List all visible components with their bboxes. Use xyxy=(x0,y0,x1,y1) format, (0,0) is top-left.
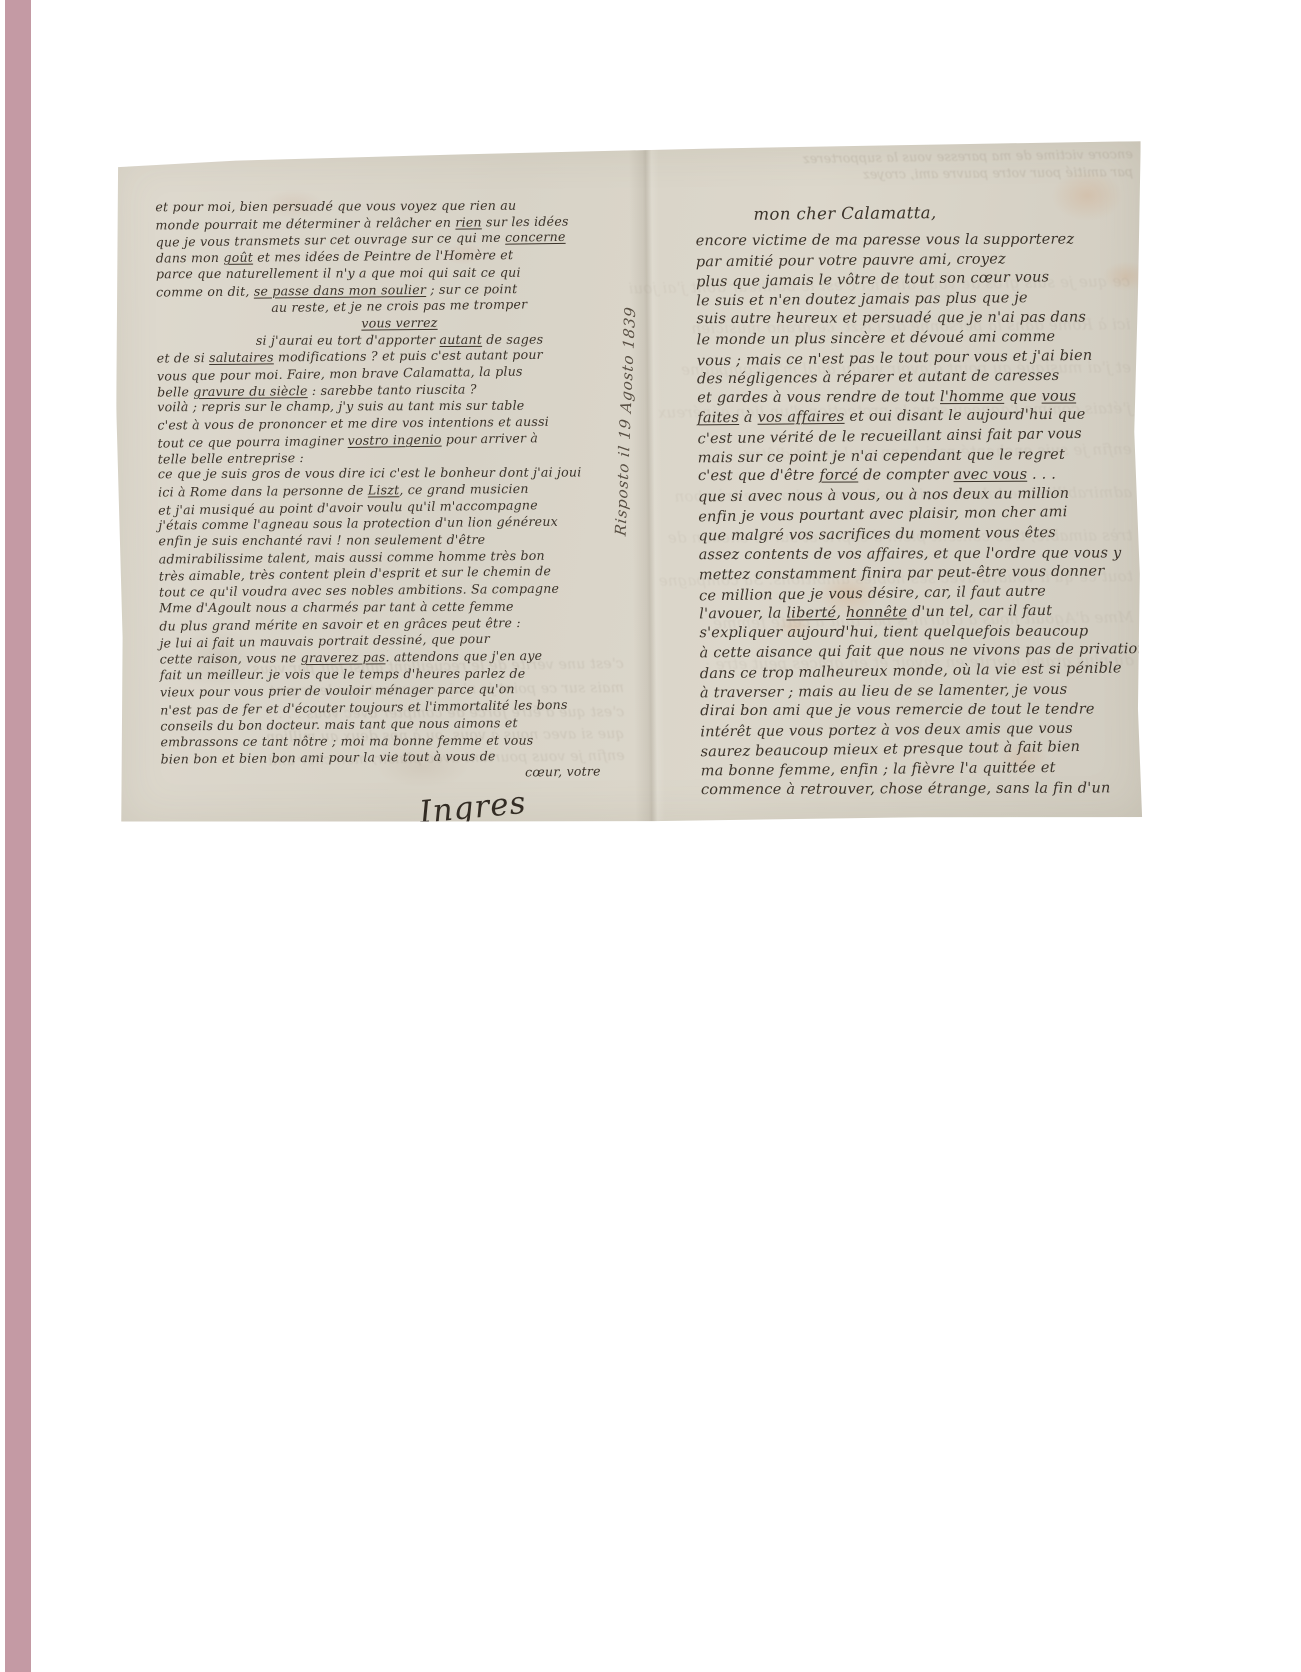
text: et pour moi, bien persuadé que vous voye… xyxy=(155,198,516,215)
text: que si avec nous à vous, ou à nos deux a… xyxy=(698,486,1069,506)
manuscript-letter-photo: encore victime de ma paresse vous la sup… xyxy=(113,141,1147,827)
text: bien bon et bien bon ami pour la vie tou… xyxy=(161,749,496,767)
text: : sarebbe tanto riuscita ? xyxy=(308,381,477,398)
letter-page-right: mon cher Calamatta, encore victime de ma… xyxy=(695,201,1147,801)
underlined-text: l'homme xyxy=(940,389,1004,405)
text: vieux pour vous prier de vouloir ménager… xyxy=(160,682,515,700)
text: ce million que je vous désire, car, il f… xyxy=(699,583,1046,604)
text: c'est une vérité de le recueillant ainsi… xyxy=(697,426,1082,447)
catalog-page: { "colors": { "background": "#ffffff", "… xyxy=(0,0,1301,1672)
manuscript-line: dirai bon ami que je vous remercie de to… xyxy=(700,700,1146,722)
manuscript-line: et gardes à vous rendre de tout l'homme … xyxy=(697,387,1143,409)
text: assez contents de vos affaires, et que l… xyxy=(699,545,1122,563)
text: Mme d'Agoult nous a charmés par tant à c… xyxy=(159,599,514,616)
text: l'avouer, la xyxy=(699,606,786,623)
manuscript-line: encore victime de ma paresse vous la sup… xyxy=(696,230,1142,252)
text: à traverser ; mais au lieu de se lamente… xyxy=(700,681,1067,701)
text: que xyxy=(1004,388,1041,404)
text: à xyxy=(739,410,758,426)
text: telle belle entreprise : xyxy=(158,450,304,466)
text: intérêt que vous portez à vos deux amis … xyxy=(700,721,1073,741)
text: modifications ? et puis c'est autant pou… xyxy=(274,347,543,365)
text: si j'aurai eu tort d'apporter xyxy=(256,332,440,348)
text: mais sur ce point je n'ai cependant que … xyxy=(698,446,1065,466)
manuscript-line: ce que je suis gros de vous dire ici c'e… xyxy=(158,464,644,483)
text: dans ce trop malheureux monde, où la vie… xyxy=(700,660,1122,682)
letter-page-left-text: et pour moi, bien persuadé que vous voye… xyxy=(155,196,647,785)
underlined-text: gravure du siècle xyxy=(193,383,307,399)
underlined-text: concerne xyxy=(505,229,566,245)
manuscript-line: embrassons ce tant nôtre ; moi ma bonne … xyxy=(160,732,646,751)
text: de compter xyxy=(858,467,953,483)
text: encore victime de ma paresse vous la sup… xyxy=(696,232,1075,250)
text: parce que naturellement il n'y a que moi… xyxy=(156,264,521,281)
text: que je vous transmets sur cet ouvrage su… xyxy=(156,230,506,250)
manuscript-line: suis autre heureux et persuadé que je n'… xyxy=(696,309,1142,331)
underlined-text: goût xyxy=(223,250,253,265)
text: cette raison, vous ne xyxy=(160,650,301,666)
text: ma bonne femme, enfin ; la fièvre l'a qu… xyxy=(701,760,1056,779)
text: et gardes à vous rendre de tout xyxy=(697,389,940,406)
text: c'est que d'être xyxy=(698,468,820,485)
left-accent-stripe xyxy=(5,0,31,1672)
text: fait un meilleur. je vois que le temps d… xyxy=(160,665,526,682)
text: suis autre heureux et persuadé que je n'… xyxy=(696,310,1086,328)
text: pour arriver à xyxy=(441,430,538,446)
text: et oui disant le aujourd'hui que xyxy=(844,407,1085,425)
underlined-text: se passe dans mon soulier xyxy=(254,281,426,298)
manuscript-line: voilà ; repris sur le champ, j'y suis au… xyxy=(157,398,643,417)
manuscript-line: si j'aurai eu tort d'apporter autant de … xyxy=(157,331,643,350)
letter-page-left: et pour moi, bien persuadé que vous voye… xyxy=(155,196,647,823)
underlined-text: vous verrez xyxy=(361,315,437,331)
text: cœur, votre xyxy=(525,763,601,779)
text: c'est à vous de prononcer et me dire vos… xyxy=(157,414,549,433)
text: et de si xyxy=(157,350,209,366)
text: vous ; mais ce n'est pas le tout pour vo… xyxy=(697,347,1093,369)
text: par amitié pour votre pauvre ami, croyez xyxy=(696,251,1006,270)
letter-page-right-text: encore victime de ma paresse vous la sup… xyxy=(696,229,1147,801)
text: ; sur ce point xyxy=(426,281,517,297)
text: s'expliquer aujourd'hui, tient quelquefo… xyxy=(699,623,1088,641)
underlined-text: salutaires xyxy=(209,350,274,366)
text: , xyxy=(836,605,846,621)
manuscript-line: s'expliquer aujourd'hui, tient quelquefo… xyxy=(699,622,1145,644)
text: le suis et n'en doutez jamais pas plus q… xyxy=(696,290,1028,309)
text: voilà ; repris sur le champ, j'y suis au… xyxy=(157,398,524,415)
text: , ce grand musicien xyxy=(399,481,528,497)
underlined-text: honnête xyxy=(846,605,907,622)
text: plus que jamais le vôtre de tout son cœu… xyxy=(696,270,1049,291)
text: que malgré vos sacrifices du moment vous… xyxy=(698,525,1055,544)
manuscript-line: fait un meilleur. je vois que le temps d… xyxy=(160,665,646,684)
text: ce que je suis gros de vous dire ici c'e… xyxy=(158,465,582,482)
text: monde pourrait me déterminer à relâcher … xyxy=(155,214,455,232)
text: saurez beaucoup mieux et presque tout à … xyxy=(700,739,1080,760)
text: . . . xyxy=(1027,467,1056,483)
underlined-text: autant xyxy=(439,331,482,346)
underlined-text: vous xyxy=(1042,388,1077,404)
text: belle xyxy=(157,384,193,399)
text: enfin je vous pourtant avec plaisir, mon… xyxy=(698,504,1067,525)
text: d'un tel, car il faut xyxy=(907,603,1052,620)
text: tout ce que pourra imaginer xyxy=(157,433,347,451)
text: de sages xyxy=(482,331,543,346)
manuscript-line: enfin je suis enchanté ravi ! non seulem… xyxy=(158,531,644,550)
text: dans mon xyxy=(156,250,224,266)
underlined-text: vostro ingenio xyxy=(347,431,441,447)
text: embrassons ce tant nôtre ; moi ma bonne … xyxy=(160,732,533,749)
underlined-text: liberté xyxy=(786,605,836,621)
underlined-text: forcé xyxy=(819,468,858,484)
text: je lui ai fait un mauvais portrait dessi… xyxy=(159,631,490,651)
underlined-text: vos affaires xyxy=(757,409,844,426)
underlined-text: avec vous xyxy=(954,467,1028,483)
underlined-text: rien xyxy=(455,214,482,229)
text: mettez constamment finira par peut-être … xyxy=(699,564,1105,584)
text: ici à Rome dans la personne de xyxy=(158,482,368,499)
manuscript-line: assez contents de vos affaires, et que l… xyxy=(699,544,1145,566)
text: au reste, et je ne crois pas me tromper xyxy=(271,297,527,316)
bleed-through-text: encore victime de ma paresse vous la sup… xyxy=(713,147,1133,184)
letter-salutation: mon cher Calamatta, xyxy=(753,201,1141,224)
text: . attendons que j'en aye xyxy=(385,648,542,665)
text: enfin je suis enchanté ravi ! non seulem… xyxy=(158,532,485,548)
text: et mes idées de Peintre de l'Homère et xyxy=(253,247,513,264)
underlined-text: graverez pas xyxy=(301,649,386,665)
underlined-text: faites xyxy=(697,410,739,426)
text: le monde un plus sincère et dévoué ami c… xyxy=(697,329,1056,348)
text: comme on dit, xyxy=(156,283,254,299)
manuscript-line: commence à retrouver, chose étrange, san… xyxy=(701,779,1147,801)
text: sur les idées xyxy=(482,213,569,229)
text: à cette aisance qui fait que nous ne viv… xyxy=(700,641,1148,661)
manuscript-line: parce que naturellement il n'y a que moi… xyxy=(156,264,642,283)
manuscript-line: et pour moi, bien persuadé que vous voye… xyxy=(155,197,641,216)
text: commence à retrouver, chose étrange, san… xyxy=(701,780,1111,798)
text: dirai bon ami que je vous remercie de to… xyxy=(700,702,1095,720)
manuscript-line: c'est que d'être forcé de compter avec v… xyxy=(698,465,1144,487)
underlined-text: Liszt xyxy=(368,482,400,497)
manuscript-line: Mme d'Agoult nous a charmés par tant à c… xyxy=(159,598,645,617)
